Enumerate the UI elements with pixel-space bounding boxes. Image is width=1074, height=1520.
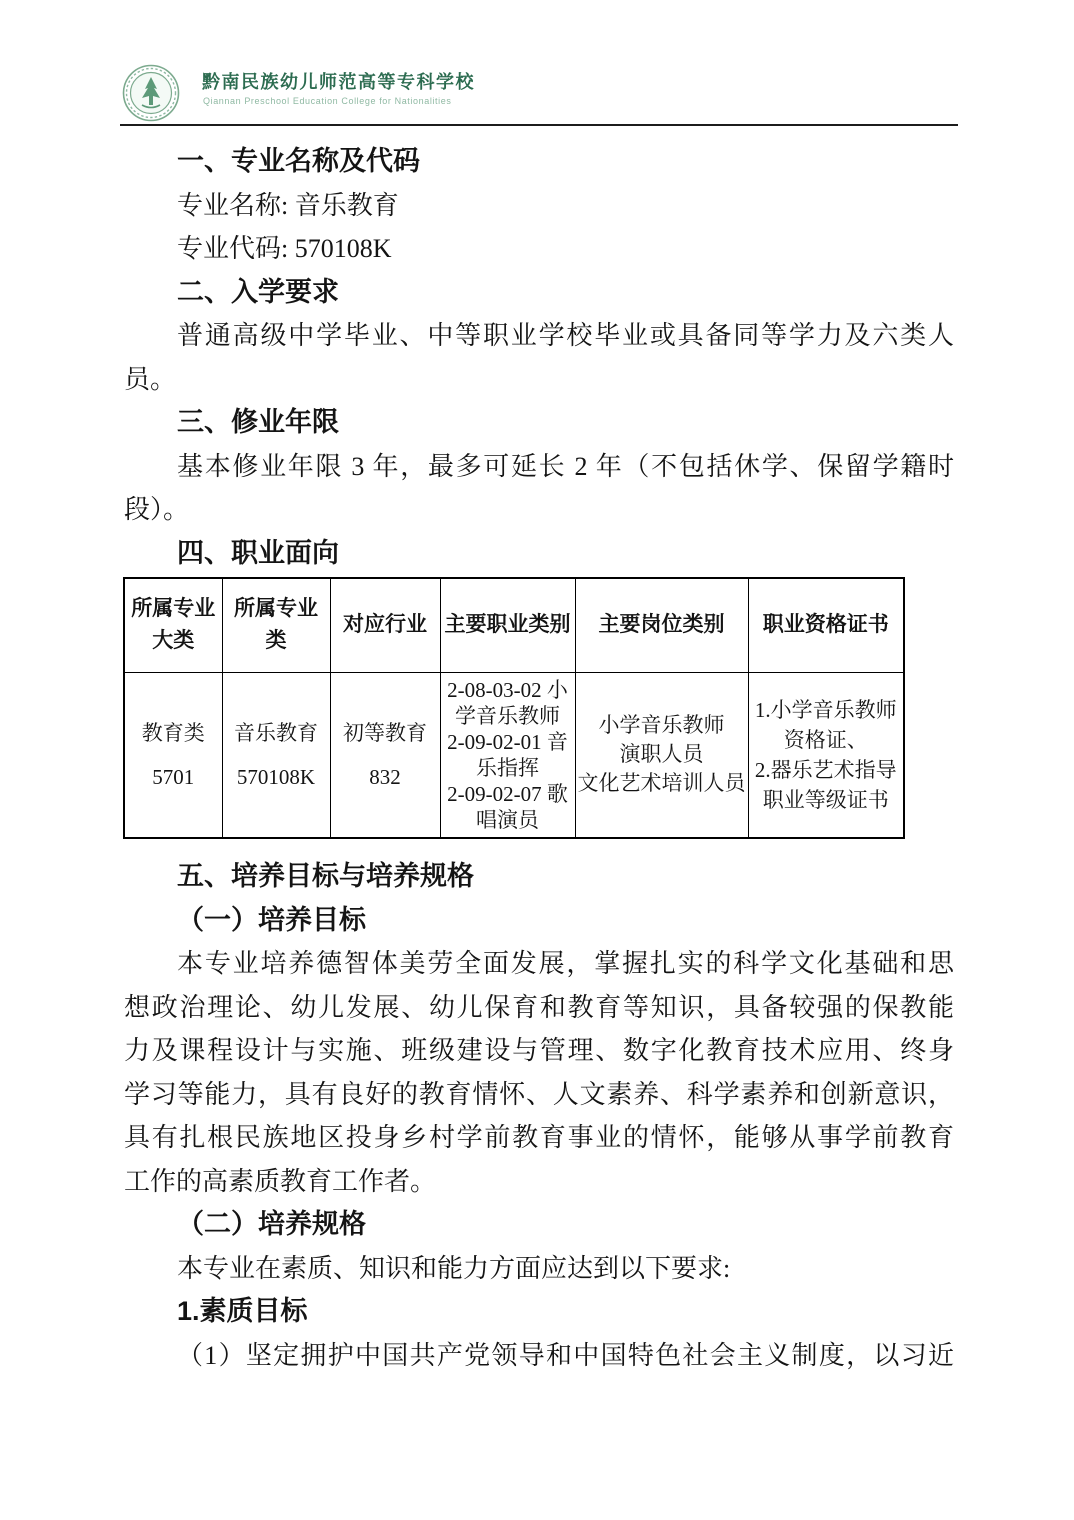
goal-line-1: 本专业培养德智体美劳全面发展，掌握扎实的科学文化基础和思 — [124, 942, 954, 986]
quality-item-1: （1）坚定拥护中国共产党领导和中国特色社会主义制度，以习近 — [124, 1334, 954, 1378]
cell-major-class: 音乐教育 570108K — [222, 672, 330, 838]
duration-line-1: 基本修业年限 3 年，最多可延长 2 年（不包括休学、保留学籍时 — [124, 445, 954, 489]
subheading-training-goal: （一）培养目标 — [124, 899, 954, 943]
goal-line-4: 学习等能力，具有良好的教育情怀、人文素养、科学素养和创新意识， — [124, 1073, 954, 1117]
col-header-major-class: 所属专业类 — [222, 578, 330, 672]
document-content: 一、专业名称及代码 专业名称: 音乐教育 专业代码: 570108K 二、入学要… — [124, 140, 954, 1377]
page-header: 黔南民族幼儿师范高等专科学校 Qiannan Preschool Educati… — [0, 0, 1074, 130]
goal-line-2: 想政治理论、幼儿发展、幼儿保育和教育等知识，具备较强的保教能 — [124, 986, 954, 1030]
goal-line-5: 具有扎根民族地区投身乡村学前教育事业的情怀，能够从事学前教育 — [124, 1116, 954, 1160]
cell-industry: 初等教育 832 — [330, 672, 440, 838]
heading-admission-requirements: 二、入学要求 — [124, 271, 954, 315]
col-header-major-category: 所属专业大类 — [124, 578, 222, 672]
goal-line-3: 力及课程设计与实施、班级建设与管理、数字化教育技术应用、终身 — [124, 1029, 954, 1073]
occupation-table-header-row: 所属专业大类 所属专业类 对应行业 主要职业类别 主要岗位类别 职业资格证书 — [124, 578, 904, 672]
subheading-training-spec: （二）培养规格 — [124, 1203, 954, 1247]
cell-occupation-category: 2-08-03-02 小 学音乐教师 2-09-02-01 音 乐指挥 2-09… — [440, 672, 575, 838]
admission-line-2: 员。 — [124, 358, 954, 402]
subheading-quality-goal: 1.素质目标 — [124, 1290, 954, 1334]
spec-intro-line: 本专业在素质、知识和能力方面应达到以下要求: — [124, 1247, 954, 1291]
col-header-certificates: 职业资格证书 — [748, 578, 904, 672]
col-header-industry: 对应行业 — [330, 578, 440, 672]
heading-training-objectives: 五、培养目标与培养规格 — [124, 855, 954, 899]
admission-line-1: 普通高级中学毕业、中等职业学校毕业或具备同等学力及六类人 — [124, 314, 954, 358]
col-header-occupation-category: 主要职业类别 — [440, 578, 575, 672]
line-major-code: 专业代码: 570108K — [124, 227, 954, 271]
cell-post-category: 小学音乐教师 演职人员 文化艺术培训人员 — [575, 672, 748, 838]
school-name-en: Qiannan Preschool Education College for … — [203, 96, 451, 106]
header-divider — [120, 124, 958, 126]
line-major-name: 专业名称: 音乐教育 — [124, 184, 954, 228]
occupation-table-data-row: 教育类 5701 音乐教育 570108K 初等教育 832 2-08-03-0… — [124, 672, 904, 838]
duration-line-2: 段）。 — [124, 488, 954, 532]
cell-certificates: 1.小学音乐教师 资格证、 2.器乐艺术指导 职业等级证书 — [748, 672, 904, 838]
occupation-table: 所属专业大类 所属专业类 对应行业 主要职业类别 主要岗位类别 职业资格证书 教… — [123, 577, 905, 839]
school-name-cn: 黔南民族幼儿师范高等专科学校 — [202, 68, 475, 94]
heading-study-duration: 三、修业年限 — [124, 401, 954, 445]
school-emblem-icon — [122, 64, 180, 122]
goal-line-6: 工作的高素质教育工作者。 — [124, 1160, 954, 1204]
heading-career-orientation: 四、职业面向 — [124, 532, 954, 576]
heading-major-name-code: 一、专业名称及代码 — [124, 140, 954, 184]
col-header-post-category: 主要岗位类别 — [575, 578, 748, 672]
document-page: 黔南民族幼儿师范高等专科学校 Qiannan Preschool Educati… — [0, 0, 1074, 1520]
cell-major-category: 教育类 5701 — [124, 672, 222, 838]
